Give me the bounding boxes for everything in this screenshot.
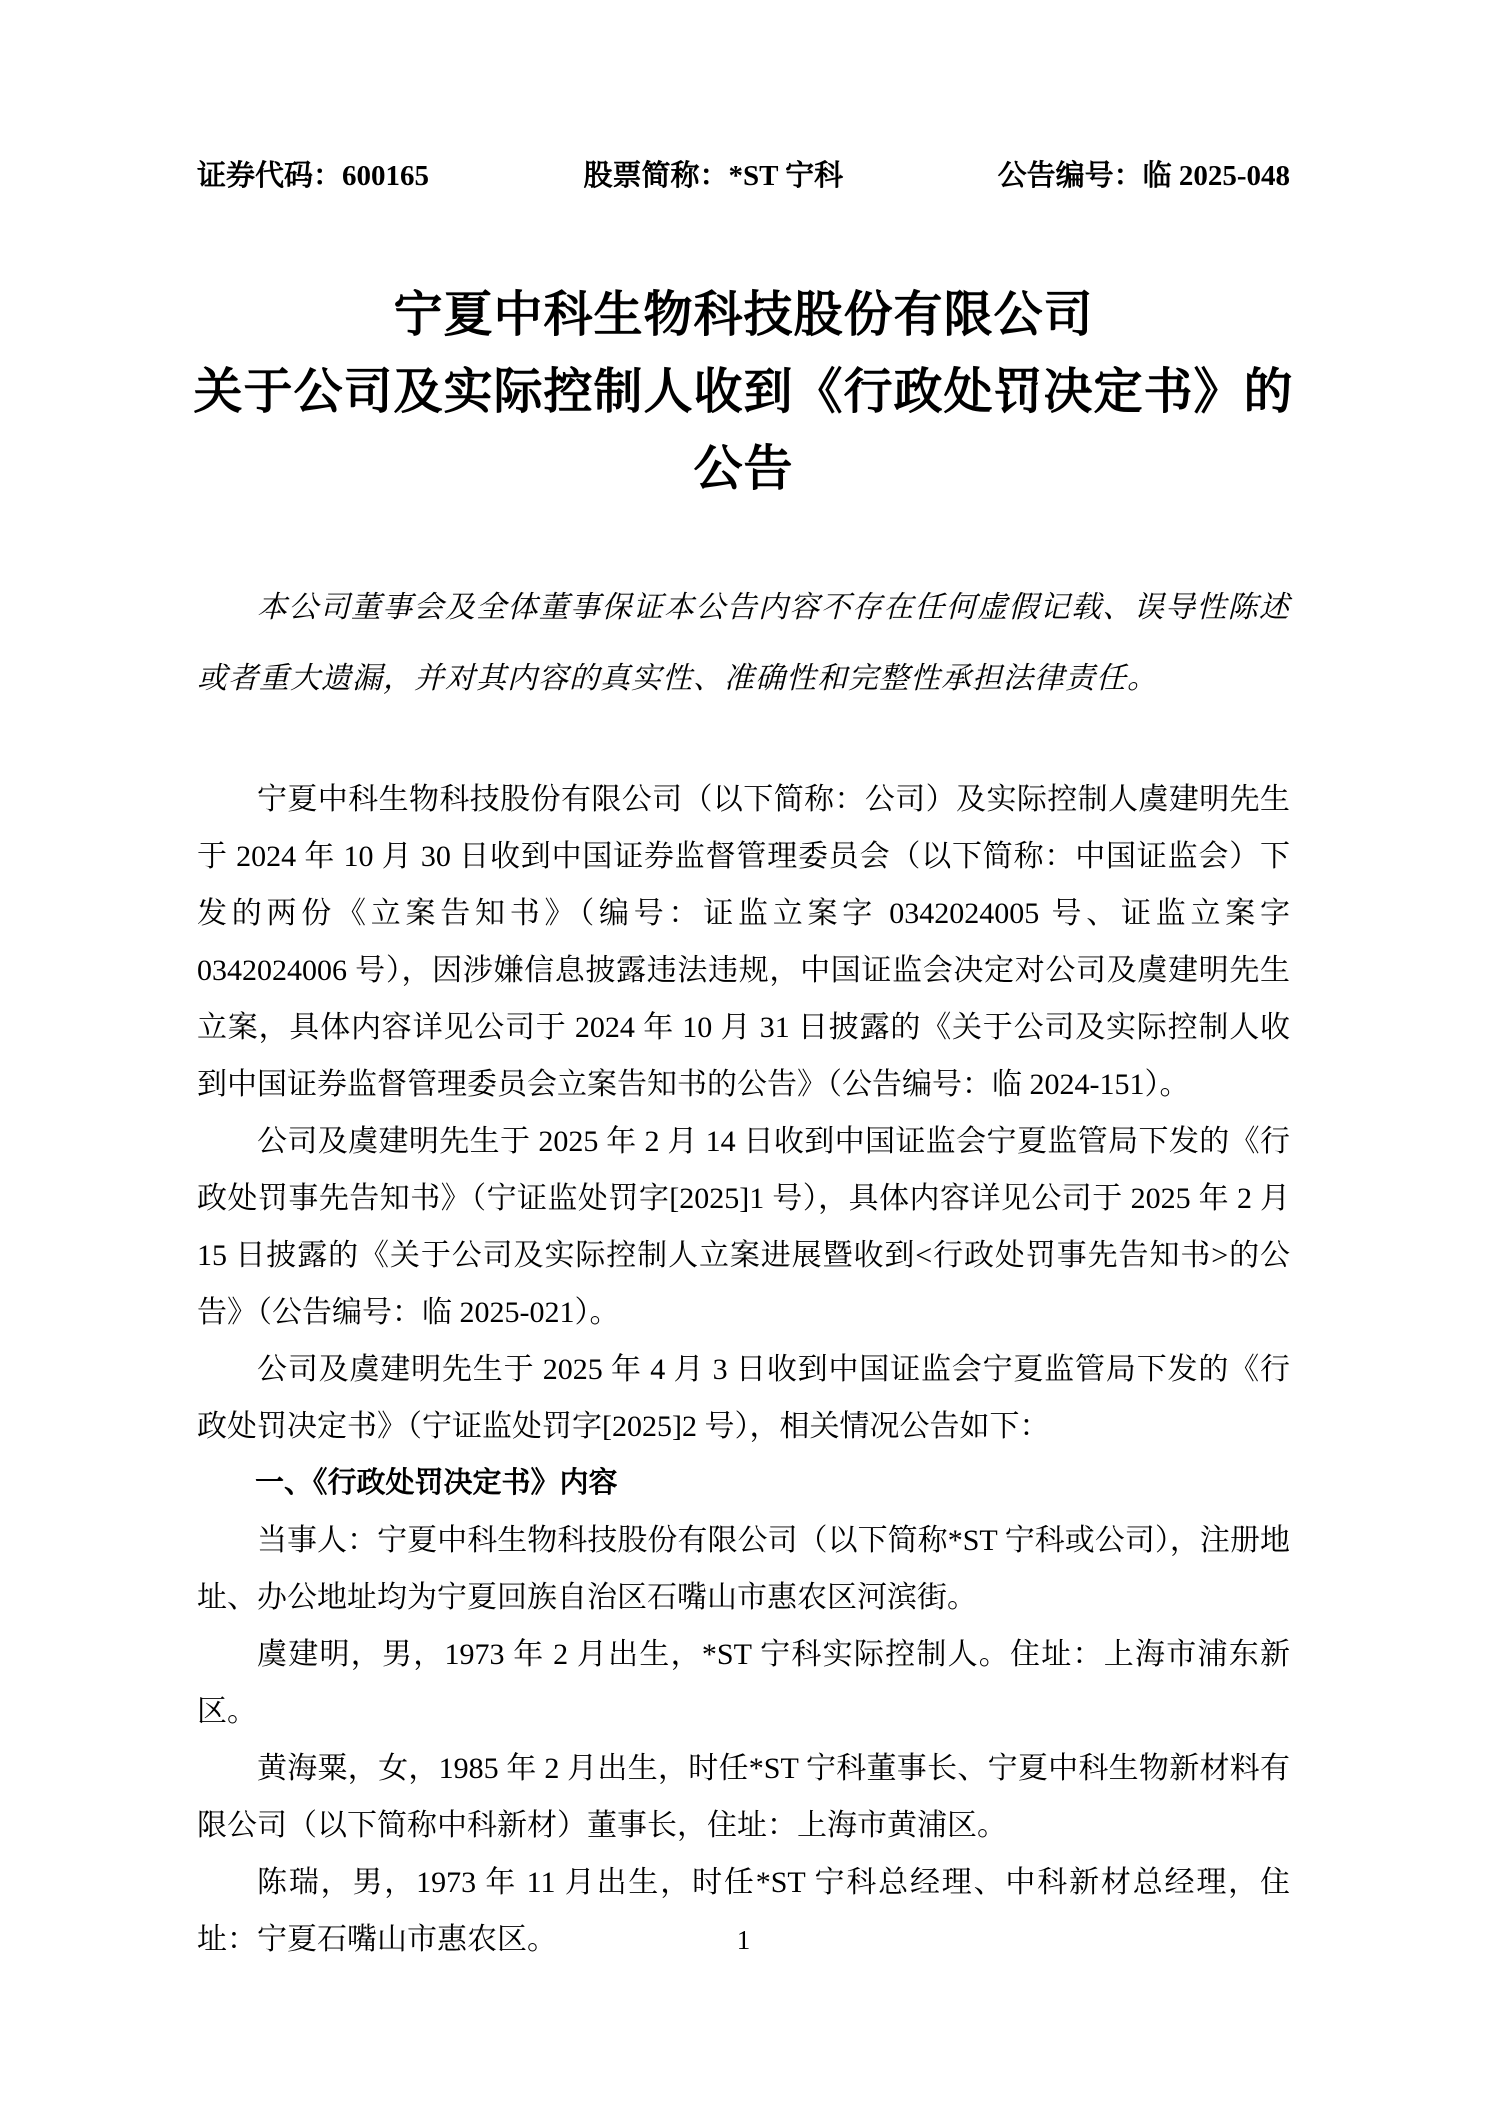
board-disclaimer: 本公司董事会及全体董事保证本公告内容不存在任何虚假记载、误导性陈述或者重大遗漏，…	[197, 572, 1290, 714]
title-line-company: 宁夏中科生物科技股份有限公司	[137, 276, 1350, 353]
announcement-page: 证券代码：600165 股票简称：*ST 宁科 公告编号：临 2025-048 …	[0, 0, 1487, 2105]
title-line-announcement: 公告	[137, 430, 1350, 507]
section-heading-decision-content: 一、《行政处罚决定书》内容	[197, 1455, 1290, 1512]
stock-short-name: 股票简称：*ST 宁科	[583, 158, 843, 194]
paragraph-case-filing: 宁夏中科生物科技股份有限公司（以下简称：公司）及实际控制人虞建明先生于 2024…	[197, 771, 1290, 1113]
document-title: 宁夏中科生物科技股份有限公司 关于公司及实际控制人收到《行政处罚决定书》的 公告	[137, 276, 1350, 507]
document-header: 证券代码：600165 股票简称：*ST 宁科 公告编号：临 2025-048	[197, 158, 1290, 194]
paragraph-party-huanghaisu: 黄海粟，女，1985 年 2 月出生，时任*ST 宁科董事长、宁夏中科生物新材料…	[197, 1740, 1290, 1854]
paragraph-party-yujianming: 虞建明，男，1973 年 2 月出生，*ST 宁科实际控制人。住址：上海市浦东新…	[197, 1626, 1290, 1740]
document-body: 宁夏中科生物科技股份有限公司（以下简称：公司）及实际控制人虞建明先生于 2024…	[197, 771, 1290, 1968]
page-number: 1	[0, 1922, 1487, 1958]
title-line-subject: 关于公司及实际控制人收到《行政处罚决定书》的	[137, 353, 1350, 430]
paragraph-prior-notice: 公司及虞建明先生于 2025 年 2 月 14 日收到中国证监会宁夏监管局下发的…	[197, 1113, 1290, 1341]
stock-code: 证券代码：600165	[197, 158, 429, 194]
announcement-number: 公告编号：临 2025-048	[998, 158, 1290, 194]
paragraph-party-company: 当事人：宁夏中科生物科技股份有限公司（以下简称*ST 宁科或公司），注册地址、办…	[197, 1512, 1290, 1626]
paragraph-decision-received: 公司及虞建明先生于 2025 年 4 月 3 日收到中国证监会宁夏监管局下发的《…	[197, 1341, 1290, 1455]
